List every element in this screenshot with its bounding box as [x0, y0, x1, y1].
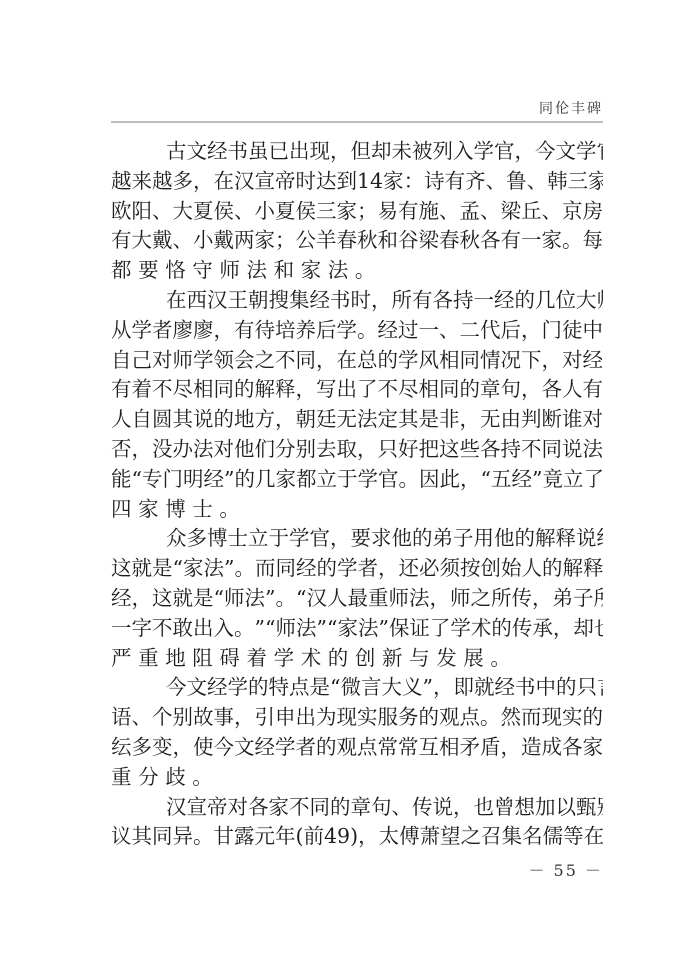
paragraph-1-line-3: 欧阳、大夏侯、小夏侯三家；易有施、孟、梁丘、京房四家；礼	[111, 197, 603, 227]
paragraph-4-line-1: 今文经学的特点是“微言大义”，即就经书中的只言片	[111, 673, 603, 703]
paragraph-2-line-3: 自己对师学领会之不同，在总的学风相同情况下，对经文	[111, 346, 603, 376]
running-header-title: 同伦丰碑	[111, 101, 603, 117]
paragraph-3-line-4: 一字不敢出入。”“师法”“家法”保证了学术的传承，却也	[111, 614, 603, 644]
paragraph-3-line-5: 严重地阻碍着学术的创新与发展。	[111, 644, 603, 674]
paragraph-1-line-4: 有大戴、小戴两家；公羊春秋和谷梁春秋各有一家。每家	[111, 226, 603, 256]
header-rule	[111, 121, 603, 123]
paragraph-3-line-3: 经，这就是“师法”。“汉人最重师法，师之所传，弟子所授，	[111, 584, 603, 614]
paragraph-1-line-1: 古文经书虽已出现，但却未被列入学官，今文学官却	[111, 137, 603, 167]
paragraph-1-line-2: 越来越多，在汉宣帝时达到14家：诗有齐、鲁、韩三家；书有	[111, 167, 603, 197]
page-number: － 55 －	[528, 861, 603, 881]
paragraph-2-line-7: 能“专门明经”的几家都立于学官。因此，“五经”竟立了十	[111, 465, 603, 495]
paragraph-2-line-1: 在西汉王朝搜集经书时，所有各持一经的几位大师，	[111, 286, 603, 316]
paragraph-2-line-2: 从学者廖廖，有待培养后学。经过一、二代后，门徒中各据	[111, 316, 603, 346]
paragraph-3-line-2: 这就是“家法”。而同经的学者，还必须按创始人的解释说	[111, 554, 603, 584]
book-page: 同伦丰碑 古文经书虽已出现，但却未被列入学官，今文学官却 越来越多，在汉宣帝时达…	[0, 0, 692, 968]
paragraph-2-line-6: 否，没办法对他们分别去取，只好把这些各持不同说法而	[111, 435, 603, 465]
paragraph-3-line-1: 众多博士立于学官，要求他的弟子用他的解释说经，	[111, 524, 603, 554]
paragraph-2-line-8: 四家博士。	[111, 495, 603, 525]
paragraph-2-line-4: 有着不尽相同的解释，写出了不尽相同的章句，各人有各	[111, 375, 603, 405]
body-text: 古文经书虽已出现，但却未被列入学官，今文学官却 越来越多，在汉宣帝时达到14家：…	[111, 137, 603, 852]
paragraph-4-line-3: 纭多变，使今文经学者的观点常常互相矛盾，造成各家严	[111, 733, 603, 763]
paragraph-5-line-1: 汉宣帝对各家不同的章句、传说，也曾想加以甄别，平	[111, 793, 603, 823]
paragraph-4-line-4: 重分歧。	[111, 763, 603, 793]
paragraph-2-line-5: 人自圆其说的地方，朝廷无法定其是非，无由判断谁对谁	[111, 405, 603, 435]
paragraph-1-line-5: 都要恪守师法和家法。	[111, 256, 603, 286]
paragraph-4-line-2: 语、个别故事，引申出为现实服务的观点。然而现实的纷	[111, 703, 603, 733]
paragraph-5-line-2: 议其同异。甘露元年(前49)，太傅萧望之召集名儒等在殿	[111, 822, 603, 852]
